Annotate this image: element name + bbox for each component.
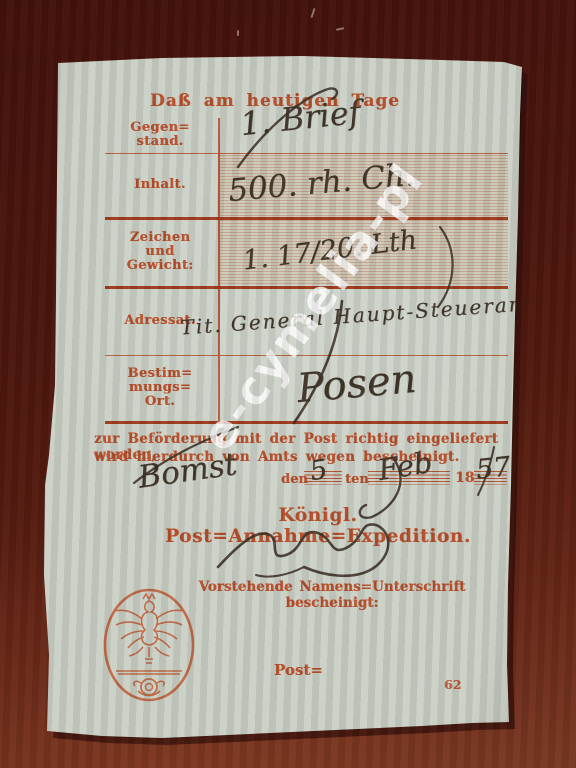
form-number: 62	[444, 677, 461, 692]
row-separator	[105, 153, 508, 154]
photo-of-postal-receipt: Daß am heutigen Tage Gegen= stand. Inhal…	[0, 0, 576, 768]
prussian-eagle-posthorn-emblem-icon	[102, 587, 196, 703]
printed-year-18: 18	[455, 470, 474, 486]
label-line: Inhalt.	[105, 178, 215, 192]
label-zeichen-gewicht: Zeichen und Gewicht:	[105, 231, 215, 273]
label-line: Gegen=	[105, 121, 215, 135]
label-line: und	[105, 245, 215, 259]
handwriting-year: 57	[474, 451, 511, 485]
handwriting-adressat: Tit. General Haupt-Steueramt	[180, 290, 541, 339]
row-separator	[105, 286, 508, 289]
label-bestimmungsort: Bestim= mungs= Ort.	[105, 367, 215, 409]
label-inhalt: Inhalt.	[105, 178, 215, 192]
label-line: Gewicht:	[105, 259, 215, 273]
label-gegenstand: Gegen= stand.	[105, 121, 215, 149]
label-line: stand.	[105, 135, 215, 149]
handwriting-bestimmungsort: Posen	[295, 356, 418, 412]
attest-line: Vorstehende Namens=Unterschrift beschein…	[152, 579, 512, 611]
label-line: Zeichen	[105, 231, 215, 245]
label-line: Ort.	[105, 395, 215, 409]
table-vertical-rule	[218, 118, 220, 421]
office-title-line: Königl. Post=Annahme=Expedition.	[128, 505, 508, 547]
footer-post-label: Post=	[274, 661, 323, 679]
row-separator	[105, 217, 508, 220]
wood-scratch	[336, 27, 344, 31]
wood-scratch	[237, 30, 239, 36]
label-line: Bestim=	[105, 367, 215, 381]
printed-ten: ten	[345, 472, 369, 487]
label-line: mungs=	[105, 381, 215, 395]
table-bottom-rule	[105, 421, 508, 424]
wood-scratch	[311, 8, 316, 18]
receipt-paper: Daß am heutigen Tage Gegen= stand. Inhal…	[42, 55, 526, 745]
row-separator	[105, 355, 508, 356]
